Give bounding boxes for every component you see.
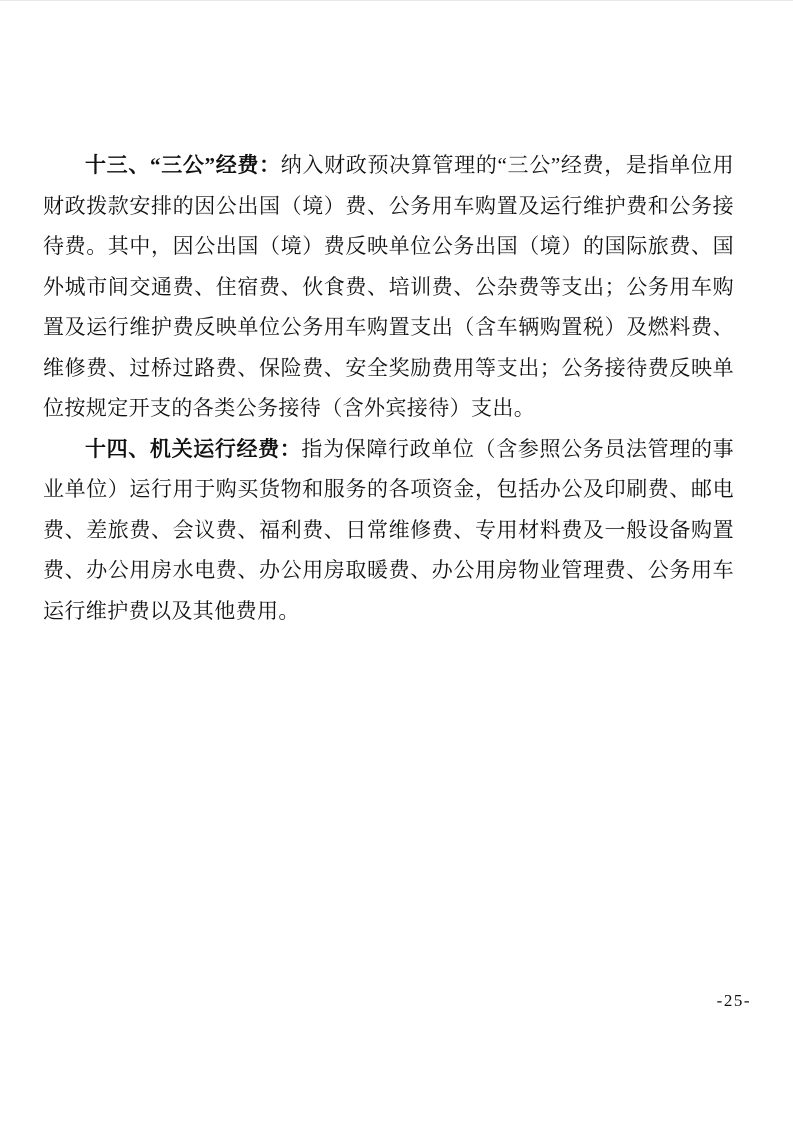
paragraph-agency-operating-expenses: 十四、机关运行经费：指为保障行政单位（含参照公务员法管理的事业单位）运行用于购买… <box>43 429 734 632</box>
paragraph-sangong-expenses: 十三、“三公”经费：纳入财政预决算管理的“三公”经费，是指单位用财政拨款安排的因… <box>43 145 734 429</box>
page-number: -25- <box>717 991 751 1011</box>
paragraph-body: 指为保障行政单位（含参照公务员法管理的事业单位）运行用于购买货物和服务的各项资金… <box>43 437 734 623</box>
document-page: { "document": { "background_color": "#ff… <box>0 0 793 1122</box>
paragraph-body: 纳入财政预决算管理的“三公”经费，是指单位用财政拨款安排的因公出国（境）费、公务… <box>43 153 734 420</box>
paragraph-heading: 十四、机关运行经费： <box>85 437 301 461</box>
paragraph-heading: 十三、“三公”经费： <box>85 153 281 177</box>
page-content: 十三、“三公”经费：纳入财政预决算管理的“三公”经费，是指单位用财政拨款安排的因… <box>43 145 734 631</box>
